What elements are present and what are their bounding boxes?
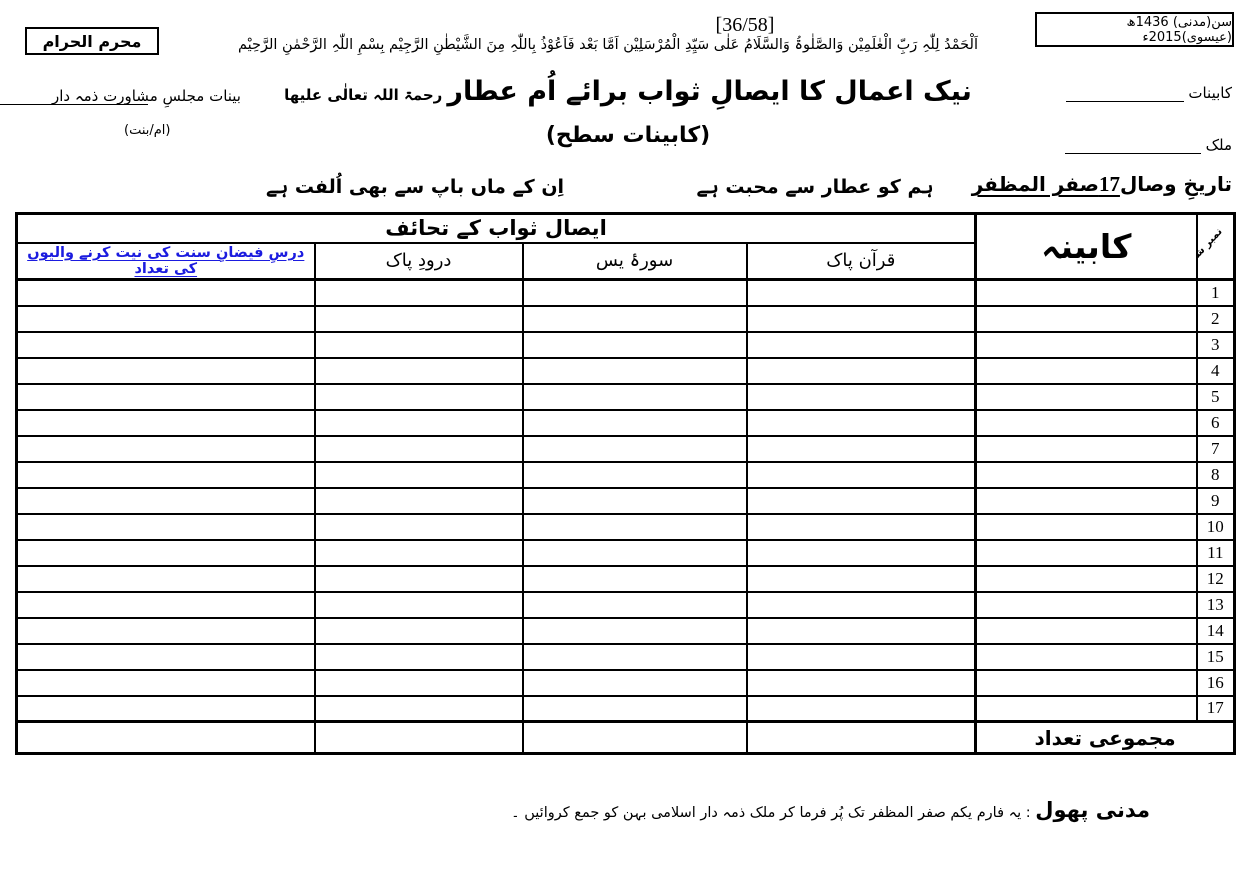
footer-separator: : [1026,805,1031,821]
total-label: مجموعی تعداد [976,722,1235,754]
row-number: 9 [1197,488,1235,514]
entry-cell-quran [747,566,976,592]
row-number: 10 [1197,514,1235,540]
islamic-month-label: محرم الحرام [43,32,142,51]
wisal-day-number: 17 [1099,172,1120,196]
entry-cell-kabina [976,514,1197,540]
majlis-sub-label: (ام/بنت) [124,123,171,138]
entry-cell-surah [523,644,747,670]
entry-cell-kabina [976,384,1197,410]
row-number: 1 [1197,280,1235,306]
row-number: 17 [1197,696,1235,722]
table-row: 2 [17,306,1235,332]
entry-cell-kabina [976,592,1197,618]
field-kabinat: کابینات [1066,84,1232,102]
row-number: 14 [1197,618,1235,644]
entry-cell-dars [17,410,315,436]
entry-cell-surah [523,618,747,644]
table-row: 8 [17,462,1235,488]
entry-cell-dars [17,488,315,514]
entry-cell-durood [315,384,523,410]
entry-cell-surah [523,488,747,514]
form-subtitle: (کابینات سطح) [240,123,1016,148]
entry-cell-quran [747,280,976,306]
entry-cell-dars [17,280,315,306]
year-label: سن(مدنی) 1436ھ (عیسوی)2015ء [1037,15,1232,45]
row-number: 16 [1197,670,1235,696]
entry-cell-quran [747,514,976,540]
entry-cell-quran [747,306,976,332]
entry-cell-surah [523,358,747,384]
form-title-main: نیک اعمال کا ایصالِ ثواب برائے اُم عطار [447,76,971,107]
entry-cell-kabina [976,436,1197,462]
islamic-month-box: محرم الحرام [25,27,159,55]
row-number: 3 [1197,332,1235,358]
row-number: 6 [1197,410,1235,436]
entry-cell-kabina [976,540,1197,566]
entry-cell-kabina [976,644,1197,670]
entry-cell-kabina [976,488,1197,514]
entry-cell-kabina [976,618,1197,644]
field-wisal-date: تاریخِ وصال17صفر المظفر [972,172,1232,197]
entry-cell-quran [747,332,976,358]
entry-cell-dars [17,384,315,410]
entry-cell-durood [315,514,523,540]
gifts-merged-header: ایصال ثواب کے تحائف [17,214,976,243]
table-row: 16 [17,670,1235,696]
entry-cell-durood [315,540,523,566]
row-number: 15 [1197,644,1235,670]
entry-cell-surah [523,332,747,358]
column-header-durood: درودِ پاک [315,243,523,280]
entry-cell-quran [747,644,976,670]
table-row: 12 [17,566,1235,592]
entry-cell-quran [747,358,976,384]
entry-cell-durood [315,566,523,592]
table-row: 7 [17,436,1235,462]
column-header-quran: قرآن پاک [747,243,976,280]
row-number: 13 [1197,592,1235,618]
wisal-month: صفر المظفر [972,172,1099,196]
entry-cell-dars [17,592,315,618]
table-row: 13 [17,592,1235,618]
column-header-dars-count: درسِ فیضانِ سنت کی نیت کرنے والیوں کی تع… [17,243,315,280]
row-number: 4 [1197,358,1235,384]
mulk-blank-line [1065,138,1201,154]
entry-cell-durood [315,306,523,332]
entry-cell-dars [17,618,315,644]
entry-cell-durood [315,696,523,722]
table-row: 4 [17,358,1235,384]
entry-cell-kabina [976,358,1197,384]
footer-instruction: مدنی پھول : یہ فارم یکم صفر المظفر تک پُ… [511,798,1150,822]
entry-cell-quran [747,696,976,722]
entry-cell-durood [315,436,523,462]
isal-e-sawab-table: نمبر شمار کابینہ ایصال ثواب کے تحائف قرآ… [15,212,1236,755]
entry-cell-quran [747,670,976,696]
table-row: 6 [17,410,1235,436]
entry-cell-surah [523,514,747,540]
entry-cell-kabina [976,462,1197,488]
entry-cell-quran [747,410,976,436]
mulk-label: ملک [1206,136,1232,154]
entry-cell-durood [315,358,523,384]
entry-cell-quran [747,436,976,462]
table-header-row-1: نمبر شمار کابینہ ایصال ثواب کے تحائف [17,214,1235,243]
table-row: 5 [17,384,1235,410]
entry-cell-dars [17,696,315,722]
entry-cell-dars [17,436,315,462]
kabina-column-header: کابینہ [976,214,1197,280]
row-number: 5 [1197,384,1235,410]
entry-cell-quran [747,540,976,566]
table-row: 9 [17,488,1235,514]
total-entry-cell-quran [747,722,976,754]
form-title: نیک اعمال کا ایصالِ ثواب برائے اُم عطار … [240,76,1016,107]
entry-cell-surah [523,280,747,306]
couplet-line-left: اِن کے ماں باپ سے بھی اُلفت ہے [225,176,605,198]
entry-cell-surah [523,384,747,410]
table-row: 1 [17,280,1235,306]
entry-cell-quran [747,618,976,644]
row-number: 8 [1197,462,1235,488]
entry-cell-surah [523,306,747,332]
entry-cell-kabina [976,332,1197,358]
row-number: 2 [1197,306,1235,332]
page-reference: [36/58] [673,14,817,37]
wisal-label: تاریخِ وصال [1120,172,1232,196]
column-header-surah-yaseen: سورۂ یس [523,243,747,280]
entry-cell-surah [523,566,747,592]
footer-text: یہ فارم یکم صفر المظفر تک پُر فرما کر مل… [511,805,1021,821]
entry-cell-dars [17,306,315,332]
row-number: 12 [1197,566,1235,592]
table-row: 15 [17,644,1235,670]
entry-cell-durood [315,644,523,670]
kabinat-blank-line [1066,86,1184,102]
entry-cell-quran [747,462,976,488]
row-number: 7 [1197,436,1235,462]
field-majlis-zimmadar: بینات مجلسِ مشاورت ذمہ دار [52,87,241,105]
table-row: 3 [17,332,1235,358]
couplet-line-right: ہم کو عطار سے محبت ہے [640,176,990,198]
entry-cell-kabina [976,670,1197,696]
total-entry-cell-dars [17,722,315,754]
total-row: مجموعی تعداد [17,722,1235,754]
year-box: سن(مدنی) 1436ھ (عیسوی)2015ء [1035,12,1234,47]
entry-cell-kabina [976,696,1197,722]
entry-cell-surah [523,410,747,436]
entry-cell-surah [523,462,747,488]
entry-cell-durood [315,592,523,618]
table-row: 11 [17,540,1235,566]
entry-cell-kabina [976,410,1197,436]
entry-cell-durood [315,332,523,358]
entry-cell-kabina [976,306,1197,332]
entry-cell-surah [523,592,747,618]
table-row: 17 [17,696,1235,722]
entry-cell-kabina [976,280,1197,306]
kabinat-label: کابینات [1188,84,1232,102]
serial-column-header: نمبر شمار [1197,214,1235,280]
entry-cell-dars [17,670,315,696]
entry-cell-durood [315,488,523,514]
entry-cell-durood [315,618,523,644]
entry-cell-dars [17,540,315,566]
entry-cell-dars [17,514,315,540]
row-number: 11 [1197,540,1235,566]
entry-cell-durood [315,410,523,436]
entry-cell-dars [17,644,315,670]
entry-cell-surah [523,436,747,462]
entry-cell-dars [17,358,315,384]
form-page: { "page": { "month_box": "محرم الحرام", … [0,0,1246,880]
footer-label: مدنی پھول [1035,798,1150,822]
entry-cell-surah [523,670,747,696]
entry-cell-dars [17,332,315,358]
field-mulk: ملک [1065,136,1232,154]
entry-cell-durood [315,670,523,696]
table-row: 10 [17,514,1235,540]
table-row: 14 [17,618,1235,644]
entry-cell-dars [17,566,315,592]
form-title-honorific: رحمۃ اللہ تعالٰی علیھا [284,86,442,104]
entry-cell-kabina [976,566,1197,592]
total-entry-cell-durood [315,722,523,754]
entry-cell-dars [17,462,315,488]
entry-cell-quran [747,384,976,410]
hamd-bismillah-line: اَلْحَمْدُ لِلّٰہِ رَبِّ الْعٰلَمِیْن وَ… [170,37,1046,53]
entry-cell-quran [747,592,976,618]
entry-cell-durood [315,462,523,488]
entry-cell-surah [523,696,747,722]
majlis-blank-line [0,104,148,105]
entry-cell-durood [315,280,523,306]
entry-cell-surah [523,540,747,566]
total-entry-cell-surah [523,722,747,754]
entry-cell-quran [747,488,976,514]
